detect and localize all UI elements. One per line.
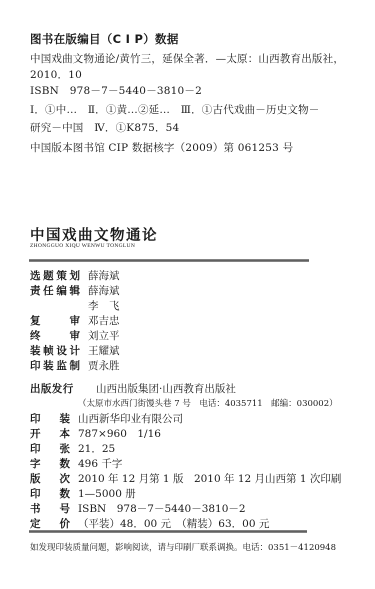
- credit-label: 复审: [30, 313, 80, 328]
- credit-row: 终审 刘立平: [30, 328, 120, 343]
- info-value: 21．25: [78, 441, 115, 456]
- info-row-printer: 印装 山西新华印业有限公司: [30, 411, 183, 426]
- info-row-print-run: 印数 1—5000 册: [30, 486, 136, 501]
- credit-value: 薛海斌: [88, 283, 120, 298]
- info-row-price: 定价 （平装）48．00 元 （精装）63．00 元: [30, 516, 269, 531]
- info-value: 787×960 1/16: [78, 426, 161, 441]
- cip-approval-line: 中国版本图书馆 CIP 数据核字（2009）第 061253 号: [30, 140, 293, 155]
- credit-value: 刘立平: [88, 328, 120, 343]
- credit-value: 薛海斌: [88, 268, 120, 283]
- info-value: 2010 年 12 月第 1 版 2010 年 12 月山西第 1 次印刷: [78, 471, 341, 486]
- credit-value: 邓吉忠: [88, 313, 120, 328]
- top-divider: [29, 259, 309, 262]
- credit-row: 责任编辑 薛海斌: [30, 283, 120, 298]
- credit-row: 复审 邓吉忠: [30, 313, 120, 328]
- info-label: 印数: [30, 486, 70, 501]
- footer-note: 如发现印装质量问题，影响阅读，请与印刷厂联系调换。电话：0351－4120948: [30, 541, 336, 553]
- info-label: 开本: [30, 426, 70, 441]
- info-row-sheets: 印张 21．25: [30, 441, 115, 456]
- cip-line: 2010．10: [30, 67, 82, 82]
- credit-label: 印装监制: [30, 358, 80, 373]
- cip-line: 中国戏曲文物通论/黄竹三，延保全著．—太原：山西教育出版社，: [30, 51, 344, 66]
- info-value: （平装）48．00 元 （精装）63．00 元: [78, 516, 269, 531]
- credit-label: 终审: [30, 328, 80, 343]
- credit-label: 责任编辑: [30, 283, 80, 298]
- cip-isbn-line: ISBN 978－7－5440－3810－2: [30, 83, 202, 98]
- credit-row: 印装监制 贾永胜: [30, 358, 120, 373]
- credit-label: 选题策划: [30, 268, 80, 283]
- info-row-word-count: 字数 496 千字: [30, 456, 122, 471]
- publisher-name: 山西出版集团·山西教育出版社: [96, 381, 236, 396]
- info-label: 书号: [30, 501, 70, 516]
- bottom-divider: [29, 530, 307, 533]
- info-label: 版次: [30, 471, 70, 486]
- credit-row: 选题策划 薛海斌: [30, 268, 120, 283]
- info-row-format: 开本 787×960 1/16: [30, 426, 161, 441]
- info-label: 定价: [30, 516, 70, 531]
- credit-label: [30, 298, 80, 313]
- cip-line: 研究－中国 Ⅳ．①K875．54: [30, 120, 179, 135]
- book-title: 中国戏曲文物通论: [30, 224, 158, 245]
- book-pinyin-title: ZHONGGUO XIQU WENWU TONGLUN: [30, 243, 135, 249]
- info-label: 字数: [30, 456, 70, 471]
- credit-value: 贾永胜: [88, 358, 120, 373]
- info-label: 印张: [30, 441, 70, 456]
- publisher-address: （太原市水西门街馒头巷 7 号 电话：4035711 邮编：030002）: [78, 397, 338, 409]
- credit-label: 装帧设计: [30, 343, 80, 358]
- info-row-isbn: 书号 ISBN 978－7－5440－3810－2: [30, 501, 246, 516]
- cip-heading: 图书在版编目（C I P）数据: [30, 31, 179, 47]
- cip-line: Ⅰ．①中… Ⅱ．①黄…②延… Ⅲ．①古代戏曲－历史文物－: [30, 102, 320, 117]
- info-row-edition: 版次 2010 年 12 月第 1 版 2010 年 12 月山西第 1 次印刷: [30, 471, 341, 486]
- info-label: 印装: [30, 411, 70, 426]
- credit-row: 装帧设计 王耀斌: [30, 343, 120, 358]
- info-value: 1—5000 册: [78, 486, 136, 501]
- info-value: 山西新华印业有限公司: [78, 411, 183, 426]
- info-value: 496 千字: [78, 456, 122, 471]
- publisher-label: 出版发行: [30, 381, 96, 396]
- info-value: ISBN 978－7－5440－3810－2: [78, 501, 246, 516]
- credit-row: 李 飞: [30, 298, 120, 313]
- credit-value: 李 飞: [88, 298, 120, 313]
- publisher-row: 出版发行 山西出版集团·山西教育出版社: [30, 381, 236, 396]
- credit-value: 王耀斌: [88, 343, 120, 358]
